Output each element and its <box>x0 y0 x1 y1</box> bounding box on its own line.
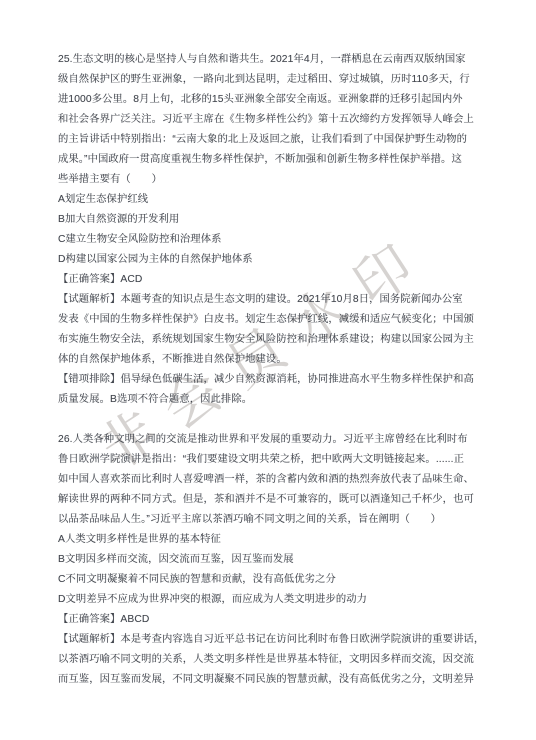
question-26-analysis-line: 以茶酒巧喻不同文明的关系，人类文明多样性是世界基本特征，文明因多样而交流，因交流 <box>58 650 478 670</box>
question-25-option-d: D构建以国家公园为主体的自然保护地体系 <box>58 250 478 270</box>
question-26-option-c: C不同文明凝聚着不同民族的智慧和贡献，没有高低优劣之分 <box>58 570 478 590</box>
question-25-exclusion-line: 【错项排除】倡导绿色低碳生活，减少自然资源消耗，协同推进高水平生物多样性保护和高 <box>58 370 478 390</box>
question-26-option-d: D文明差异不应成为世界冲突的根源，而应成为人类文明进步的动力 <box>58 590 478 610</box>
question-25-option-c: C建立生物安全风险防控和治理体系 <box>58 230 478 250</box>
question-25-stem-line: 和社会各界广泛关注。习近平主席在《生物多样性公约》第十五次缔约方发挥领导人峰会上 <box>58 110 478 130</box>
question-26-option-a: A人类文明多样性是世界的基本特征 <box>58 530 478 550</box>
document-page: 非会员水印 25.生态文明的核心是坚持人与自然和谐共生。2021年4月，一群栖息… <box>0 0 536 740</box>
document-content: 25.生态文明的核心是坚持人与自然和谐共生。2021年4月，一群栖息在云南西双版… <box>58 50 478 690</box>
question-26-stem-line: 解读世界的两种不同方式。但是，茶和酒并不是不可兼容的，既可以酒逢知己千杯少，也可 <box>58 490 478 510</box>
paragraph-gap <box>58 410 478 430</box>
question-26-option-b: B文明因多样而交流，因交流而互鉴，因互鉴而发展 <box>58 550 478 570</box>
question-25-analysis-line: 布实施生物安全法，系统规划国家生物安全风险防控和治理体系建设；构建以国家公园为主 <box>58 330 478 350</box>
question-25: 25.生态文明的核心是坚持人与自然和谐共生。2021年4月，一群栖息在云南西双版… <box>58 50 478 410</box>
question-26: 26.人类各种文明之间的交流是推动世界和平发展的重要动力。习近平主席曾经在比利时… <box>58 430 478 690</box>
question-25-analysis-line: 体的自然保护地体系，不断推进自然保护地建设。 <box>58 350 478 370</box>
question-25-option-b: B加大自然资源的开发利用 <box>58 210 478 230</box>
question-25-exclusion-line: 质量发展。B选项不符合题意，因此排除。 <box>58 390 478 410</box>
question-26-stem-line: 以品茶品味品人生。”习近平主席以茶酒巧喻不同文明之间的关系，旨在阐明（ ） <box>58 510 478 530</box>
question-26-stem-line: 26.人类各种文明之间的交流是推动世界和平发展的重要动力。习近平主席曾经在比利时… <box>58 430 478 450</box>
question-25-option-a: A划定生态保护红线 <box>58 190 478 210</box>
question-25-analysis-line: 发表《中国的生物多样性保护》白皮书。划定生态保护红线，减缓和适应气候变化；中国颁 <box>58 310 478 330</box>
question-25-stem-line: 些举措主要有（ ） <box>58 170 478 190</box>
question-26-correct-answer: 【正确答案】ABCD <box>58 610 478 630</box>
question-26-analysis-line: 而互鉴，因互鉴而发展，不同文明凝聚不同民族的智慧贡献，没有高低优劣之分，文明差异 <box>58 670 478 690</box>
question-25-stem-line: 级自然保护区的野生亚洲象，一路向北到达昆明，走过稻田、穿过城镇，历时110多天，… <box>58 70 478 90</box>
question-26-analysis-line: 【试题解析】本是考查内容选自习近平总书记在访问比利时布鲁日欧洲学院演讲的重要讲话… <box>58 630 478 650</box>
question-25-stem-line: 25.生态文明的核心是坚持人与自然和谐共生。2021年4月，一群栖息在云南西双版… <box>58 50 478 70</box>
question-26-stem-line: 如中国人喜欢茶而比利时人喜爱啤酒一样，茶的含蓄内敛和酒的热烈奔放代表了品味生命、 <box>58 470 478 490</box>
question-26-stem-line: 鲁日欧洲学院演讲是指出：“我们要建设文明共荣之桥，把中欧两大文明链接起来。...… <box>58 450 478 470</box>
question-25-stem-line: 的主旨讲话中特别指出：“云南大象的北上及返回之旅，让我们看到了中国保护野生动物的 <box>58 130 478 150</box>
question-25-analysis-line: 【试题解析】本题考查的知识点是生态文明的建设。2021年10月8日，国务院新闻办… <box>58 290 478 310</box>
question-25-stem-line: 进1000多公里。8月上旬，北移的15头亚洲象全部安全南返。亚洲象群的迁移引起国… <box>58 90 478 110</box>
question-25-stem-line: 成果。”中国政府一贯高度重视生物多样性保护，不断加强和创新生物多样性保护举措。这 <box>58 150 478 170</box>
question-25-correct-answer: 【正确答案】ACD <box>58 270 478 290</box>
